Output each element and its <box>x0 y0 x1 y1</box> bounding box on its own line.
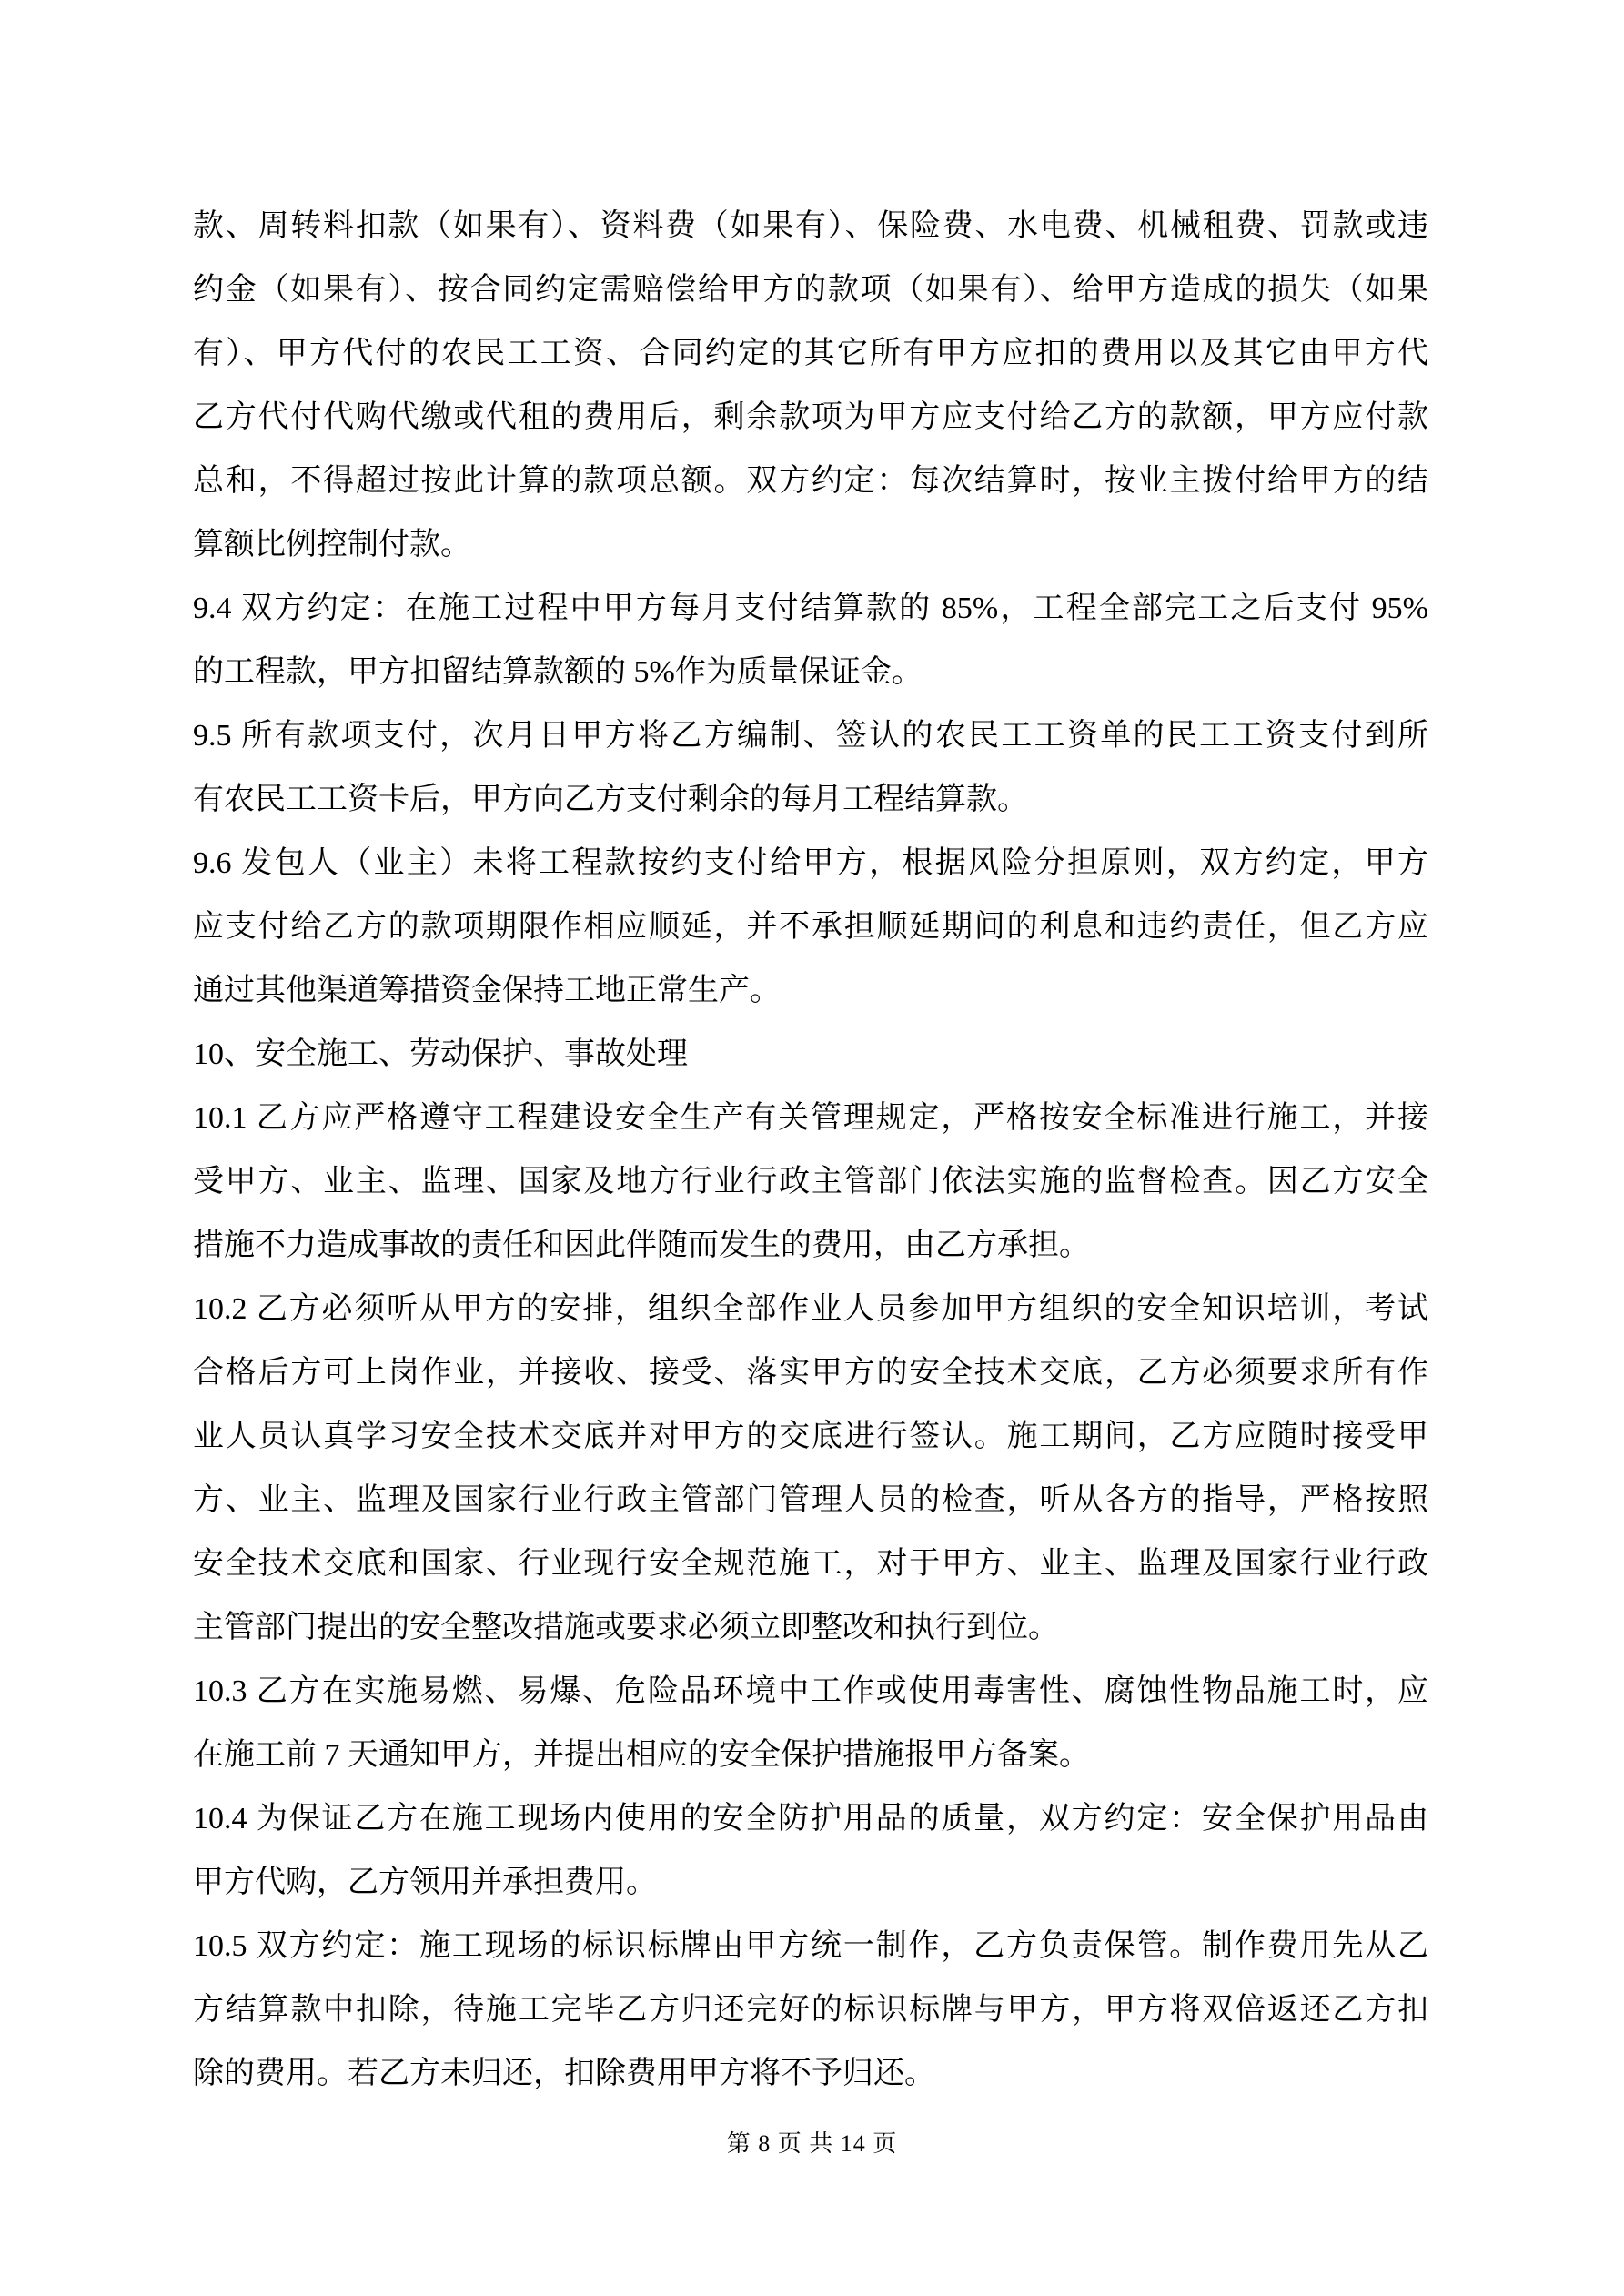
text-line: 约金（如果有）、按合同约定需赔偿给甲方的款项（如果有）、给甲方造成的损失（如果 <box>193 258 1428 322</box>
clause-10-2-line: 方、业主、监理及国家行业行政主管部门管理人员的检查，听从各方的指导，严格按照 <box>193 1469 1428 1532</box>
clause-10-3-line: 在施工前 7 天通知甲方，并提出相应的安全保护措施报甲方备案。 <box>193 1724 1428 1787</box>
clause-10-5-line: 除的费用。若乙方未归还，扣除费用甲方将不予归还。 <box>193 2042 1428 2106</box>
text-line: 乙方代付代购代缴或代租的费用后，剩余款项为甲方应支付给乙方的款额，甲方应付款 <box>193 386 1428 450</box>
clause-10-2-line: 安全技术交底和国家、行业现行安全规范施工，对于甲方、业主、监理及国家行业行政 <box>193 1532 1428 1596</box>
clause-10-5-line: 10.5 双方约定：施工现场的标识标牌由甲方统一制作，乙方负责保管。制作费用先从… <box>193 1915 1428 1978</box>
text-line: 款、周转料扣款（如果有）、资料费（如果有）、保险费、水电费、机械租费、罚款或违 <box>193 195 1428 258</box>
clause-9-5-line: 9.5 所有款项支付，次月日甲方将乙方编制、签认的农民工工资单的民工工资支付到所 <box>193 704 1428 768</box>
clause-9-4-line: 的工程款，甲方扣留结算款额的 5%作为质量保证金。 <box>193 641 1428 704</box>
clause-10-5-line: 方结算款中扣除，待施工完毕乙方归还完好的标识标牌与甲方，甲方将双倍返还乙方扣 <box>193 1978 1428 2042</box>
page-footer: 第 8 页 共 14 页 <box>0 2126 1624 2162</box>
clause-10-2-line: 10.2 乙方必须听从甲方的安排，组织全部作业人员参加甲方组织的安全知识培训，考… <box>193 1278 1428 1341</box>
clause-9-6-line: 9.6 发包人（业主）未将工程款按约支付给甲方，根据风险分担原则，双方约定，甲方 <box>193 832 1428 895</box>
clause-10-2-line: 合格后方可上岗作业，并接收、接受、落实甲方的安全技术交底，乙方必须要求所有作 <box>193 1341 1428 1405</box>
clause-9-5-line: 有农民工工资卡后，甲方向乙方支付剩余的每月工程结算款。 <box>193 768 1428 832</box>
clause-10-1-line: 受甲方、业主、监理、国家及地方行业行政主管部门依法实施的监督检查。因乙方安全 <box>193 1150 1428 1214</box>
clause-10-4-line: 甲方代购，乙方领用并承担费用。 <box>193 1851 1428 1915</box>
clause-9-4-line: 9.4 双方约定：在施工过程中甲方每月支付结算款的 85%，工程全部完工之后支付… <box>193 577 1428 641</box>
text-line: 总和，不得超过按此计算的款项总额。双方约定：每次结算时，按业主拨付给甲方的结 <box>193 450 1428 513</box>
clause-10-3-line: 10.3 乙方在实施易燃、易爆、危险品环境中工作或使用毒害性、腐蚀性物品施工时，… <box>193 1660 1428 1724</box>
clause-9-6-line: 应支付给乙方的款项期限作相应顺延，并不承担顺延期间的利息和违约责任，但乙方应 <box>193 895 1428 959</box>
text-line: 算额比例控制付款。 <box>193 513 1428 577</box>
clause-9-6-line: 通过其他渠道筹措资金保持工地正常生产。 <box>193 959 1428 1023</box>
contract-text-block: 款、周转料扣款（如果有）、资料费（如果有）、保险费、水电费、机械租费、罚款或违 … <box>193 195 1428 2106</box>
text-line: 有）、甲方代付的农民工工资、合同约定的其它所有甲方应扣的费用以及其它由甲方代 <box>193 322 1428 386</box>
document-page: 款、周转料扣款（如果有）、资料费（如果有）、保险费、水电费、机械租费、罚款或违 … <box>0 0 1624 2296</box>
section-10-heading: 10、安全施工、劳动保护、事故处理 <box>193 1023 1428 1087</box>
clause-10-4-line: 10.4 为保证乙方在施工现场内使用的安全防护用品的质量，双方约定：安全保护用品… <box>193 1787 1428 1851</box>
clause-10-2-line: 业人员认真学习安全技术交底并对甲方的交底进行签认。施工期间，乙方应随时接受甲 <box>193 1405 1428 1469</box>
clause-10-2-line: 主管部门提出的安全整改措施或要求必须立即整改和执行到位。 <box>193 1596 1428 1660</box>
clause-10-1-line: 10.1 乙方应严格遵守工程建设安全生产有关管理规定，严格按安全标准进行施工，并… <box>193 1087 1428 1150</box>
clause-10-1-line: 措施不力造成事故的责任和因此伴随而发生的费用，由乙方承担。 <box>193 1214 1428 1278</box>
